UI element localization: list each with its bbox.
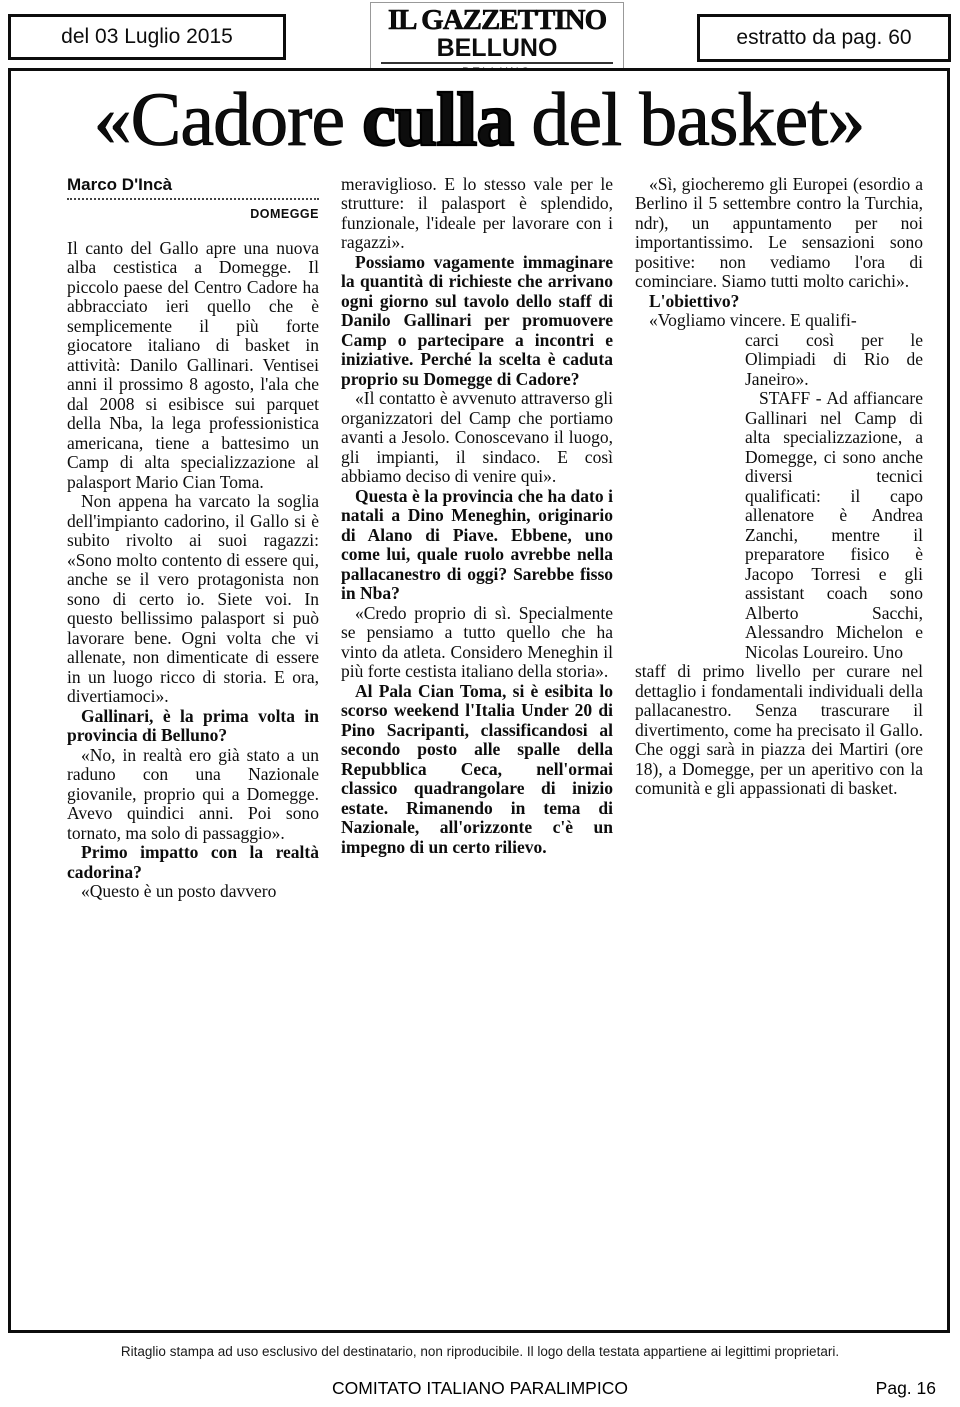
paragraph: staff di primo livello per curare nel de… — [635, 662, 923, 799]
paragraph: «No, in realtà ero già stato a un raduno… — [67, 746, 319, 844]
column-3: «Sì, giocheremo gli Europei (esordio a B… — [635, 175, 923, 902]
paragraph: Non appena ha varcato la soglia dell'imp… — [67, 492, 319, 707]
paragraph: STAFF - Ad affiancare Gallinari nel Camp… — [745, 389, 923, 662]
interview-question: Possiamo vagamente immaginare la quantit… — [341, 253, 613, 390]
byline: Marco D'Incà DOMEGGE — [67, 175, 319, 225]
clipping-date-box: del 03 Luglio 2015 — [8, 14, 286, 60]
article-headline: «Cadore culla del basket» — [11, 81, 947, 161]
press-clipping-page: del 03 Luglio 2015 IL GAZZETTINO BELLUNO… — [0, 0, 960, 1407]
paragraph: «Il contatto è avvenuto attraverso gli o… — [341, 389, 613, 487]
footer-organization: COMITATO ITALIANO PARALIMPICO — [0, 1378, 960, 1399]
interview-question: L'obiettivo? — [635, 292, 923, 312]
paragraph: carci così per le Olimpiadi di Rio de Ja… — [745, 331, 923, 390]
paragraph: «Credo proprio di sì. Specialmente se pe… — [341, 604, 613, 682]
paragraph: Il canto del Gallo apre una nuova alba c… — [67, 239, 319, 493]
column-2: meraviglioso. E lo stesso vale per le st… — [341, 175, 613, 902]
source-page: estratto da pag. 60 — [736, 26, 911, 50]
masthead-edition: BELLUNO — [381, 35, 613, 64]
headline-bold-word: culla — [362, 78, 513, 162]
paragraph: «Questo è un posto davvero — [67, 882, 319, 902]
interview-question: Al Pala Cian Toma, si è esibita lo scors… — [341, 682, 613, 858]
source-page-box: estratto da pag. 60 — [697, 14, 951, 62]
paragraph: «Vogliamo vincere. E qualifi- — [635, 311, 923, 331]
column-1: Marco D'Incà DOMEGGE Il canto del Gallo … — [67, 175, 319, 902]
footer-row: COMITATO ITALIANO PARALIMPICO Pag. 16 — [0, 1378, 960, 1399]
headline-prefix: «Cadore — [94, 78, 362, 162]
article-columns: Marco D'Incà DOMEGGE Il canto del Gallo … — [11, 161, 947, 902]
article-frame: «Cadore culla del basket» Marco D'Incà D… — [8, 68, 950, 1333]
paragraph: meraviglioso. E lo stesso vale per le st… — [341, 175, 613, 253]
headline-suffix: del basket» — [513, 78, 864, 162]
interview-question: Questa è la provincia che ha dato i nata… — [341, 487, 613, 604]
byline-author: Marco D'Incà — [67, 175, 319, 201]
interview-question: Gallinari, è la prima volta in provincia… — [67, 707, 319, 746]
footer-page-number: Pag. 16 — [876, 1378, 936, 1399]
paragraph: «Sì, giocheremo gli Europei (esordio a B… — [635, 175, 923, 292]
copyright-disclaimer: Ritaglio stampa ad uso esclusivo del des… — [0, 1344, 960, 1359]
clipping-date: del 03 Luglio 2015 — [61, 25, 233, 49]
byline-dateline: DOMEGGE — [67, 205, 319, 225]
masthead-title: IL GAZZETTINO — [377, 6, 617, 35]
interview-question: Primo impatto con la realtà cadorina? — [67, 843, 319, 882]
